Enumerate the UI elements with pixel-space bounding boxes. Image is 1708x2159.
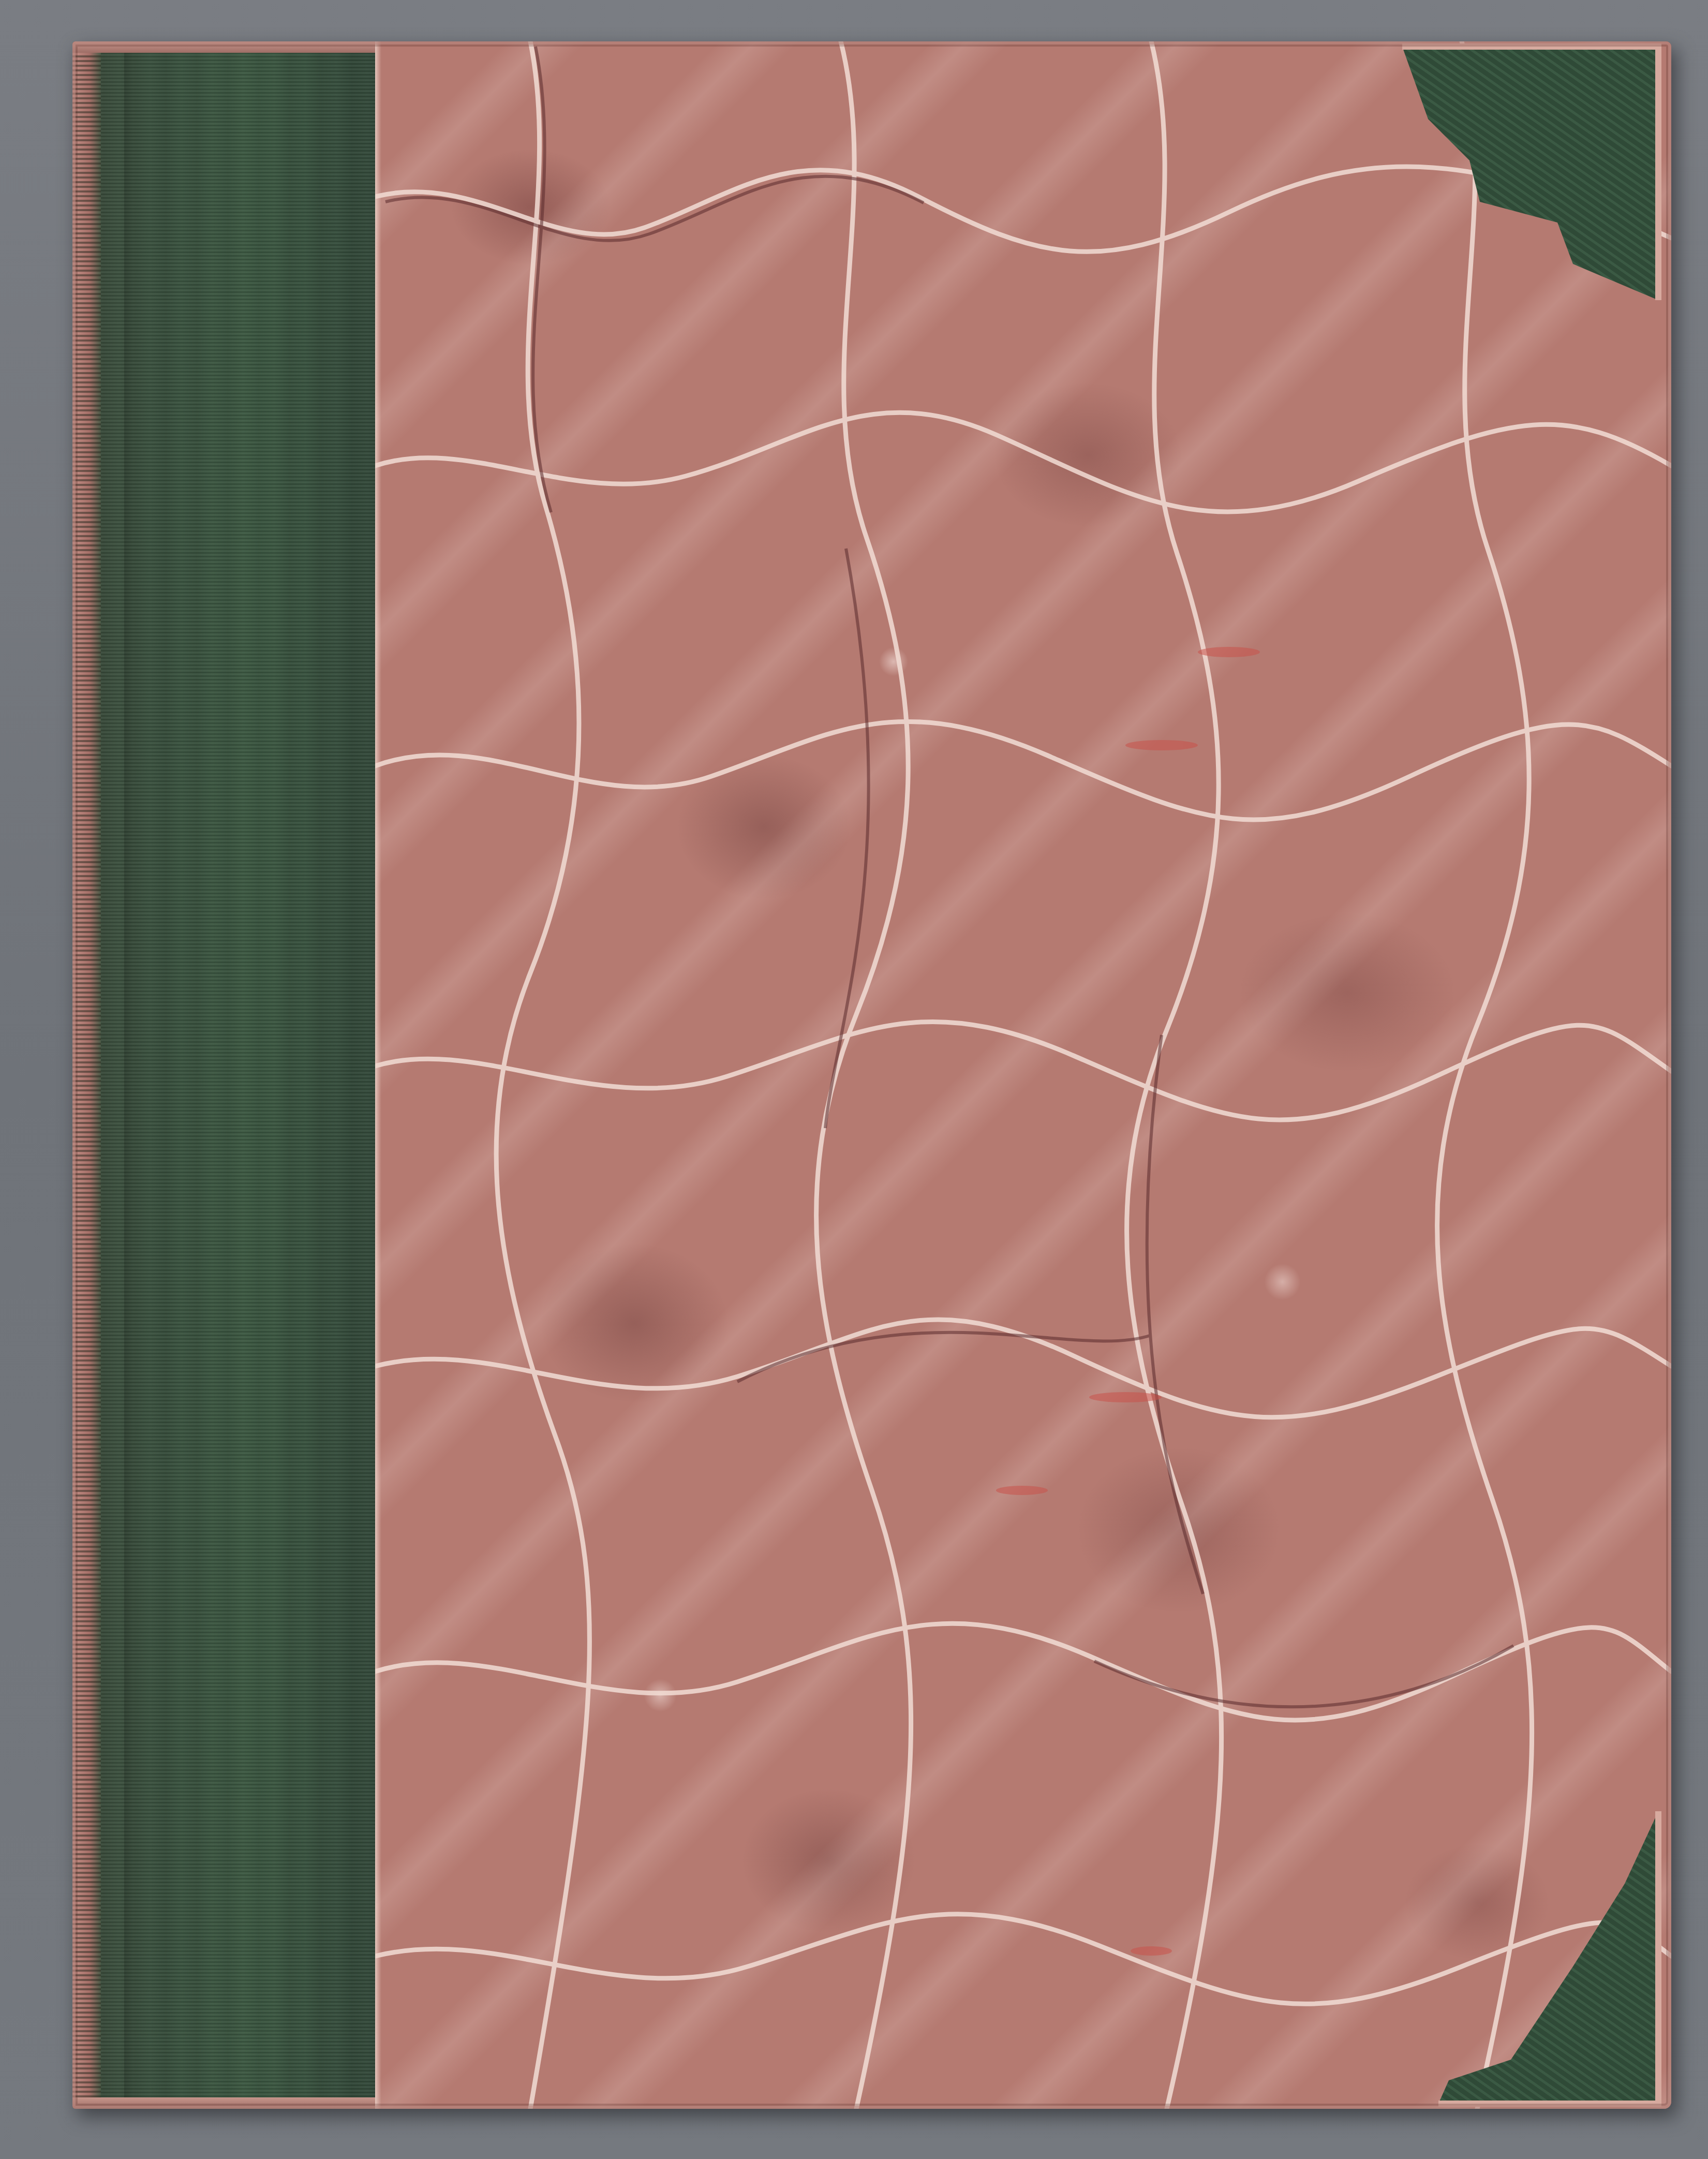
corner-tips bbox=[72, 41, 1671, 2109]
book-cover bbox=[72, 41, 1671, 2109]
top-right-corner-cloth bbox=[1402, 47, 1658, 300]
bottom-right-corner-cloth bbox=[1438, 1811, 1658, 2104]
